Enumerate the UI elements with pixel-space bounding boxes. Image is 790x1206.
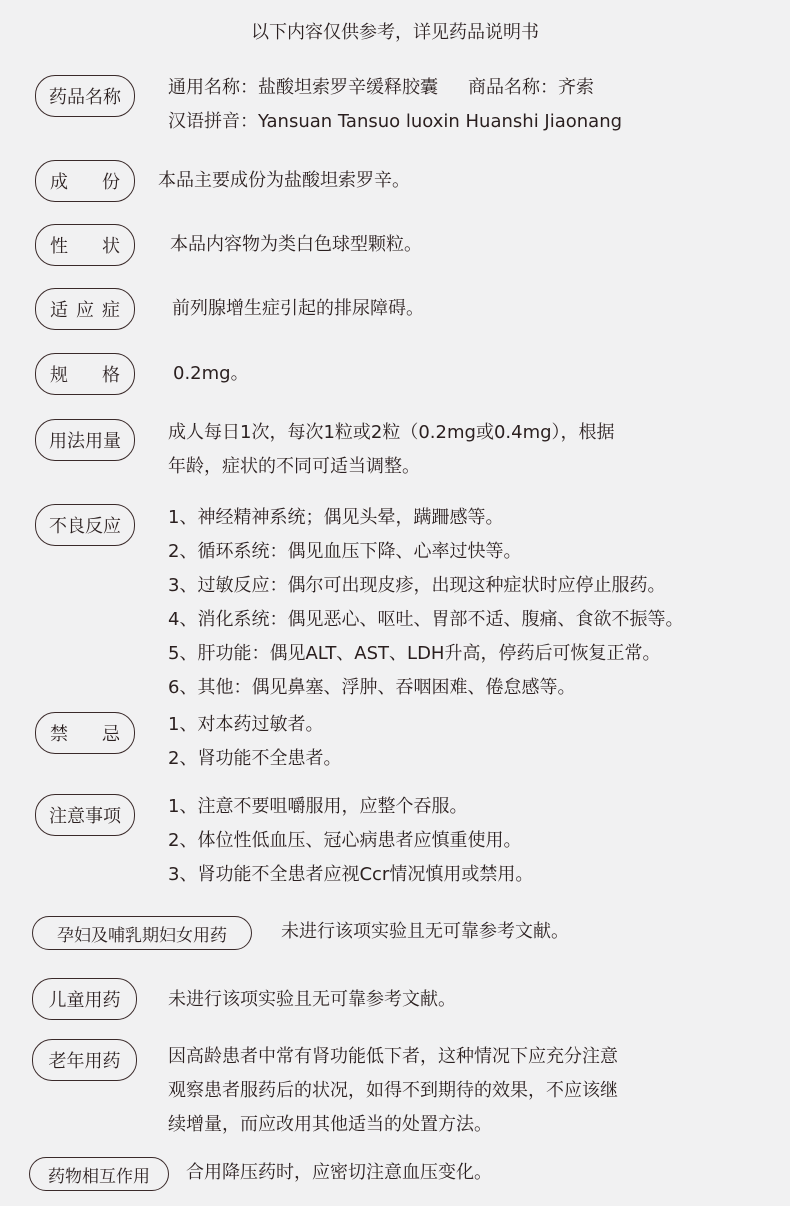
label-text: 孕妇及哺乳期妇女用药 <box>57 921 227 946</box>
section-content: 1、对本药过敏者。 2、肾功能不全患者。 <box>168 708 341 776</box>
label-pill-specification: 规 格 <box>35 353 135 395</box>
label-pill-drug-name: 药品名称 <box>35 75 135 117</box>
section-content: 1、注意不要咀嚼服用，应整个吞服。 2、体位性低血压、冠心病患者应慎重使用。 3… <box>168 790 533 892</box>
content-line: 续增量，而应改用其他适当的处置方法。 <box>168 1108 618 1142</box>
label-pill-adverse-reactions: 不良反应 <box>35 504 135 546</box>
content-line: 未进行该项实验且无可靠参考文献。 <box>168 983 456 1017</box>
label-pill-drug-interactions: 药物相互作用 <box>29 1157 169 1191</box>
content-line: 3、肾功能不全患者应视Ccr情况慎用或禁用。 <box>168 858 533 892</box>
content-line-generic-name: 通用名称：盐酸坦索罗辛缓释胶囊商品名称：齐索 <box>168 71 622 105</box>
label-char: 症 <box>102 296 120 322</box>
content-line: 1、神经精神系统；偶见头晕，蹒跚感等。 <box>168 501 683 535</box>
label-pill-contraindications: 禁 忌 <box>35 712 135 754</box>
content-line: 2、循环系统：偶见血压下降、心率过快等。 <box>168 535 683 569</box>
section-content: 1、神经精神系统；偶见头晕，蹒跚感等。 2、循环系统：偶见血压下降、心率过快等。… <box>168 501 683 705</box>
page-notice: 以下内容仅供参考，详见药品说明书 <box>0 18 790 44</box>
content-line: 未进行该项实验且无可靠参考文献。 <box>281 915 569 949</box>
label-pill-geriatric-use: 老年用药 <box>32 1039 137 1081</box>
content-line: 本品主要成份为盐酸坦索罗辛。 <box>158 164 410 198</box>
label-text: 儿童用药 <box>49 986 121 1012</box>
content-line: 1、对本药过敏者。 <box>168 708 341 742</box>
content-line: 年龄，症状的不同可适当调整。 <box>168 450 615 484</box>
label-char: 应 <box>76 296 94 322</box>
section-content: 因高龄患者中常有肾功能低下者，这种情况下应充分注意 观察患者服药后的状况，如得不… <box>168 1040 618 1142</box>
content-line: 3、过敏反应：偶尔可出现皮疹，出现这种症状时应停止服药。 <box>168 569 683 603</box>
content-line: 6、其他：偶见鼻塞、浮肿、吞咽困难、倦怠感等。 <box>168 671 683 705</box>
label-text: 老年用药 <box>49 1047 121 1073</box>
label-pill-precautions: 注意事项 <box>35 794 135 836</box>
content-line: 4、消化系统：偶见恶心、呕吐、胃部不适、腹痛、食欲不振等。 <box>168 603 683 637</box>
content-line: 2、肾功能不全患者。 <box>168 742 341 776</box>
content-line: 前列腺增生症引起的排尿障碍。 <box>172 292 424 326</box>
label-char: 忌 <box>102 720 120 746</box>
label-pill-indications: 适 应 症 <box>35 288 135 330</box>
label-text: 注意事项 <box>49 802 121 828</box>
section-content: 通用名称：盐酸坦索罗辛缓释胶囊商品名称：齐索 汉语拼音：Yansuan Tans… <box>168 71 622 139</box>
label-text: 不良反应 <box>49 512 121 538</box>
label-char: 规 <box>50 361 68 387</box>
label-text: 用法用量 <box>49 427 121 453</box>
content-line: 成人每日1次，每次1粒或2粒（0.2mg或0.4mg），根据 <box>168 416 615 450</box>
section-content: 本品主要成份为盐酸坦索罗辛。 <box>158 164 410 198</box>
generic-name-text: 通用名称：盐酸坦索罗辛缓释胶囊 <box>168 77 438 98</box>
label-text: 药物相互作用 <box>48 1162 150 1187</box>
content-line: 合用降压药时，应密切注意血压变化。 <box>186 1156 492 1190</box>
label-pill-pregnancy-lactation: 孕妇及哺乳期妇女用药 <box>32 916 252 950</box>
section-content: 成人每日1次，每次1粒或2粒（0.2mg或0.4mg），根据 年龄，症状的不同可… <box>168 416 615 484</box>
content-line: 2、体位性低血压、冠心病患者应慎重使用。 <box>168 824 533 858</box>
section-content: 本品内容物为类白色球型颗粒。 <box>170 228 422 262</box>
content-line: 本品内容物为类白色球型颗粒。 <box>170 228 422 262</box>
label-char: 性 <box>50 232 68 258</box>
label-char: 份 <box>102 168 120 194</box>
label-text: 药品名称 <box>49 83 121 109</box>
content-line: 观察患者服药后的状况，如得不到期待的效果，不应该继 <box>168 1074 618 1108</box>
section-content: 未进行该项实验且无可靠参考文献。 <box>168 983 456 1017</box>
label-char: 成 <box>50 168 68 194</box>
label-pill-pediatric-use: 儿童用药 <box>32 978 137 1020</box>
label-char: 格 <box>102 361 120 387</box>
section-content: 前列腺增生症引起的排尿障碍。 <box>172 292 424 326</box>
content-line: 1、注意不要咀嚼服用，应整个吞服。 <box>168 790 533 824</box>
section-content: 未进行该项实验且无可靠参考文献。 <box>281 915 569 949</box>
label-pill-dosage: 用法用量 <box>35 419 135 461</box>
section-content: 0.2mg。 <box>173 357 249 391</box>
label-char: 适 <box>50 296 68 322</box>
label-char: 禁 <box>50 720 68 746</box>
section-content: 合用降压药时，应密切注意血压变化。 <box>186 1156 492 1190</box>
trade-name-text: 商品名称：齐索 <box>468 77 594 98</box>
label-pill-appearance: 性 状 <box>35 224 135 266</box>
content-line: 因高龄患者中常有肾功能低下者，这种情况下应充分注意 <box>168 1040 618 1074</box>
content-line: 0.2mg。 <box>173 357 249 391</box>
label-char: 状 <box>102 232 120 258</box>
content-line-pinyin: 汉语拼音：Yansuan Tansuo luoxin Huanshi Jiaon… <box>168 105 622 139</box>
content-line: 5、肝功能：偶见ALT、AST、LDH升高，停药后可恢复正常。 <box>168 637 683 671</box>
label-pill-ingredients: 成 份 <box>35 160 135 202</box>
